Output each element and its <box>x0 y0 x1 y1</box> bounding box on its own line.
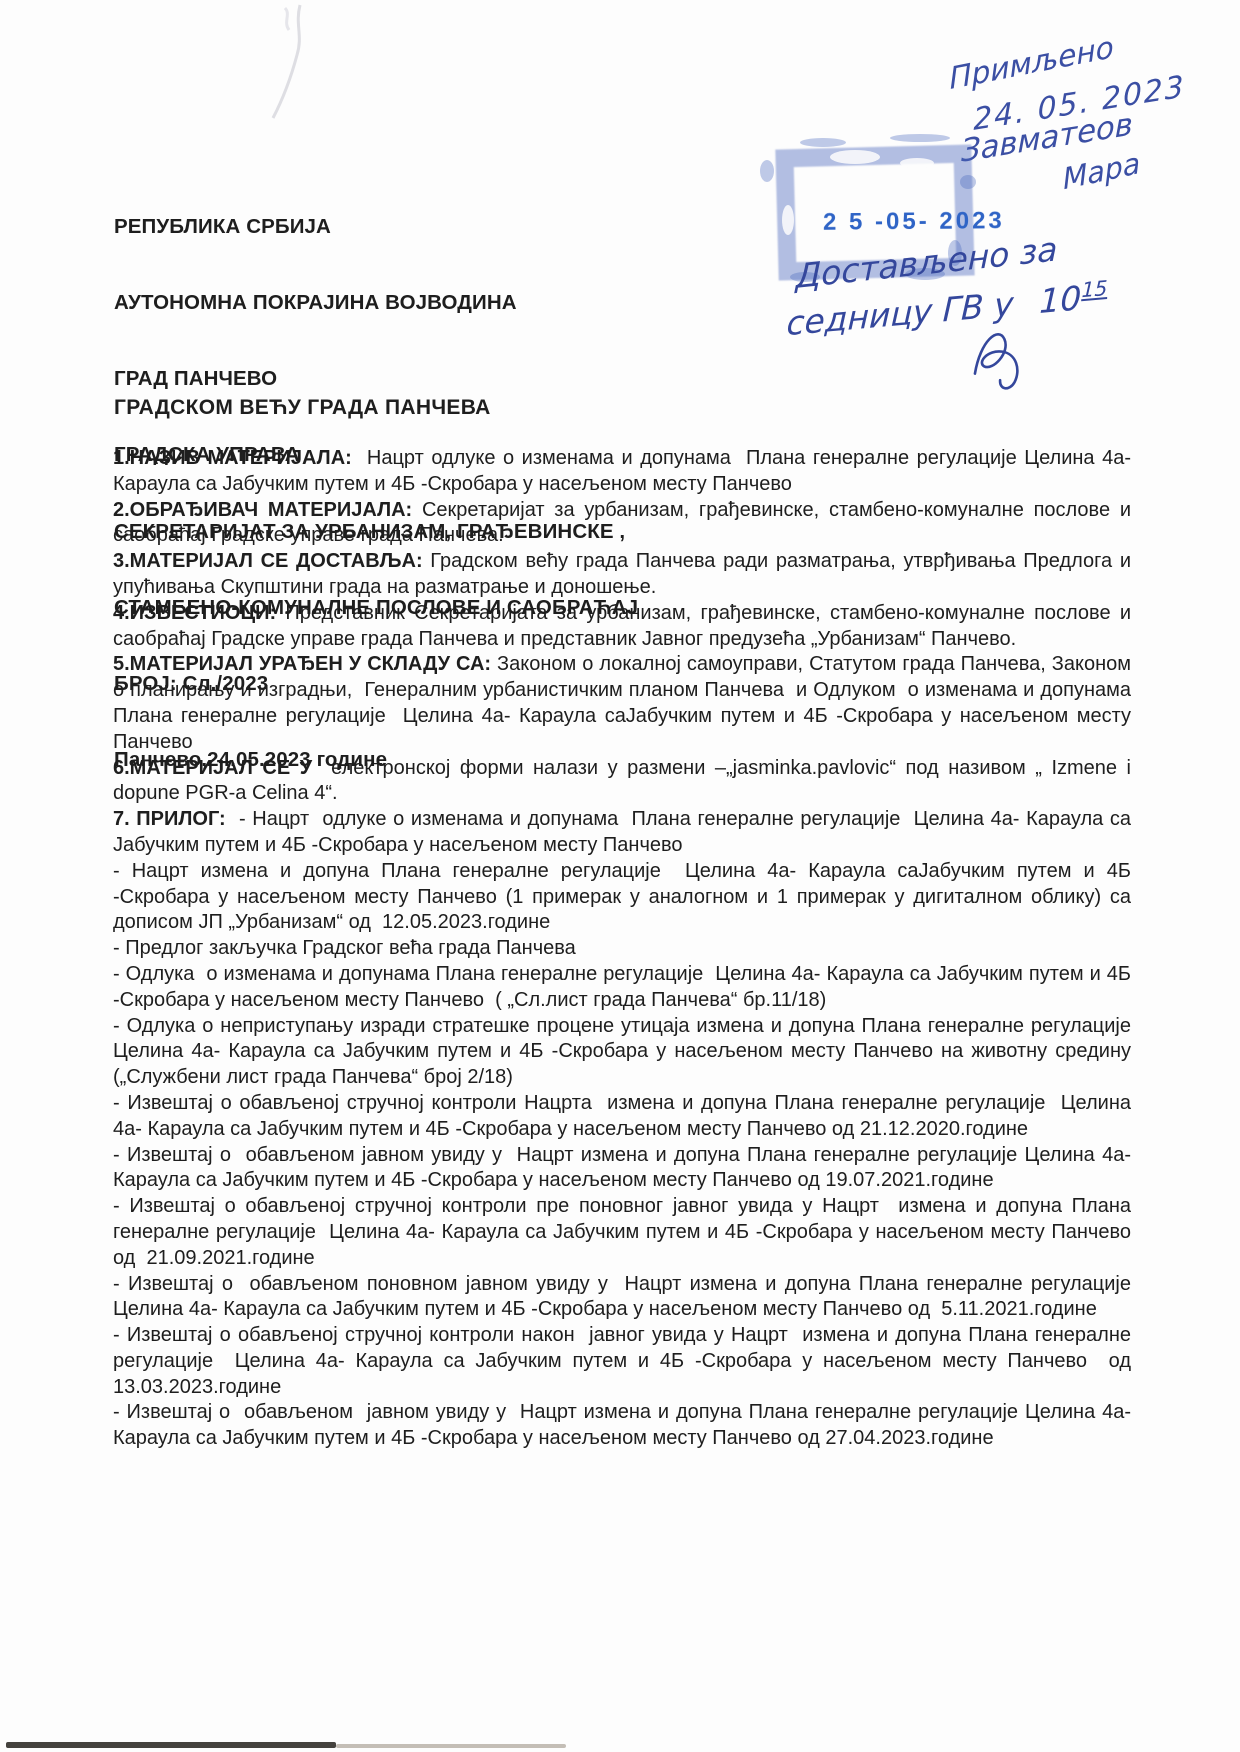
document-item: - Извештај о обављеном поновном јавном у… <box>113 1272 1131 1324</box>
stamp-wear-spot <box>830 150 880 164</box>
addressee-heading: ГРАДСКОМ ВЕЋУ ГРАДА ПАНЧЕВА <box>114 396 491 420</box>
document-item: 7. ПРИЛОГ: - Нацрт одлуке о изменама и д… <box>113 807 1131 859</box>
document-item: - Извештај о обављеном јавном увиду у На… <box>113 1143 1131 1195</box>
document-item: - Одлука о изменама и допунама Плана ген… <box>113 962 1131 1014</box>
stamp-date: 2 5 -05- 2023 <box>823 207 1005 237</box>
item-label: 5.МАТЕРИЈАЛ УРАЂЕН У СКЛАДУ СА: <box>113 653 491 675</box>
document-item: 2.ОБРАЂИВАЧ МАТЕРИЈАЛА: Секретаријат за … <box>113 498 1131 550</box>
item-label: 6.МАТЕРИЈАЛ СЕ У <box>113 757 312 779</box>
scan-edge-artifact <box>6 1742 336 1748</box>
document-item: 1.НАЗИВ МАТЕРИЈАЛА: Нацрт одлуке о измен… <box>113 446 1131 498</box>
document-item: - Извештај о обављеној стручној контроли… <box>113 1323 1131 1400</box>
stamp-ink-speck <box>800 138 846 147</box>
received-note-name: Мара <box>1062 146 1142 197</box>
stamp-wear-spot <box>782 205 794 235</box>
delivery-note-time: 10 <box>1039 278 1082 321</box>
document-item: - Извештај о обављеној стручној контроли… <box>113 1091 1131 1143</box>
item-text: - Извештај о обављеном поновном јавном у… <box>113 1273 1142 1321</box>
item-text: - Извештај о обављеном јавном увиду у На… <box>113 1144 1137 1192</box>
document-item: 5.МАТЕРИЈАЛ УРАЂЕН У СКЛАДУ СА: Законом … <box>113 652 1131 755</box>
document-item: - Одлука о неприступању изради стратешке… <box>113 1014 1131 1091</box>
scan-edge-artifact <box>336 1744 566 1748</box>
item-text: - Одлука о изменама и допунама Плана ген… <box>113 963 1137 1011</box>
item-label: 3.МАТЕРИЈАЛ СЕ ДОСТАВЉА: <box>113 550 423 572</box>
item-text: - Предлог закључка Градског већа града П… <box>113 937 576 959</box>
item-text: - Извештај о обављеном јавном увиду у На… <box>113 1401 1137 1449</box>
item-label: 2.ОБРАЂИВАЧ МАТЕРИЈАЛА: <box>113 499 412 521</box>
letterhead-line: АУТОНОМНА ПОКРАЈИНА ВОЈВОДИНА <box>114 290 834 315</box>
item-label: 7. ПРИЛОГ: <box>113 808 226 830</box>
pencil-scribble-marks <box>225 0 385 170</box>
item-label: 1.НАЗИВ МАТЕРИЈАЛА: <box>113 447 352 469</box>
letterhead-line: ГРАД ПАНЧЕВО <box>114 366 834 391</box>
document-item: 4.ИЗВЕСТИОЦИ: Представник Секретаријата … <box>113 601 1131 653</box>
item-text: - Одлука о неприступању изради стратешке… <box>113 1015 1142 1089</box>
item-text: - Извештај о обављеној стручној контроли… <box>113 1092 1137 1140</box>
stamp-ink-speck <box>890 134 950 142</box>
delivery-signature-scribble <box>955 318 1045 398</box>
item-text: - Извештај о обављеној стручној контроли… <box>113 1324 1142 1398</box>
item-text: - Нацрт измена и допуна Плана генералне … <box>113 860 1137 934</box>
document-item: - Извештај о обављеном јавном увиду у На… <box>113 1400 1131 1452</box>
delivery-note-time-sup: 15 <box>1081 276 1108 302</box>
item-label: 4.ИЗВЕСТИОЦИ: <box>113 602 276 624</box>
document-item: 3.МАТЕРИЈАЛ СЕ ДОСТАВЉА: Градском већу г… <box>113 549 1131 601</box>
document-item: - Извештај о обављеној стручној контроли… <box>113 1194 1131 1271</box>
item-text: - Извештај о обављеној стручној контроли… <box>113 1195 1142 1269</box>
document-items: 1.НАЗИВ МАТЕРИЈАЛА: Нацрт одлуке о измен… <box>113 446 1131 1452</box>
stamp-wear-spot <box>900 158 934 168</box>
document-item: - Нацрт измена и допуна Плана генералне … <box>113 859 1131 936</box>
document-item: 6.МАТЕРИЈАЛ СЕ У електронској форми нала… <box>113 756 1131 808</box>
document-item: - Предлог закључка Градског већа града П… <box>113 936 1131 962</box>
item-text: - Нацрт одлуке о изменама и допунама Пла… <box>113 808 1137 856</box>
letterhead-line: РЕПУБЛИКА СРБИЈА <box>114 214 834 239</box>
scanned-document-page: Примљено 24. 05. 2023 Завматеов Мара 2 5… <box>0 0 1240 1752</box>
